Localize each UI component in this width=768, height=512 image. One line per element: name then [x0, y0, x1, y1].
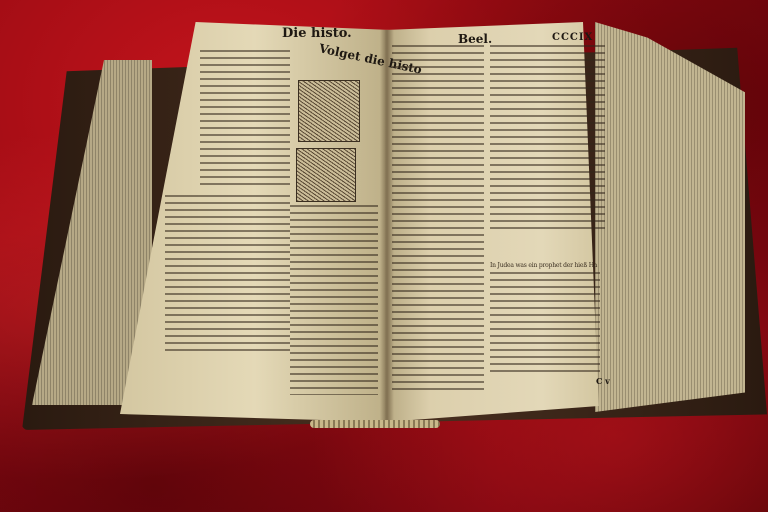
bookmark-ribbon [310, 420, 440, 428]
right-text-column-1 [392, 45, 484, 390]
signature-mark: C v [596, 376, 610, 386]
left-text-column-top [200, 50, 290, 190]
left-text-column-lower [165, 195, 290, 355]
left-text-column-right [290, 205, 378, 395]
left-running-head: Die histo. [282, 26, 352, 41]
right-text-column-2-lower [490, 272, 600, 372]
right-text-column-2-top [490, 45, 605, 230]
right-running-head: Beel. [458, 32, 492, 46]
folio-number: CCCIX [552, 32, 593, 43]
right-text-sample-line: In Judea was ein prophet der hieß Ha [490, 262, 605, 269]
right-page-edges [595, 22, 745, 412]
woodcut-illustration [298, 80, 360, 142]
woodcut-illustration-2 [296, 148, 356, 202]
